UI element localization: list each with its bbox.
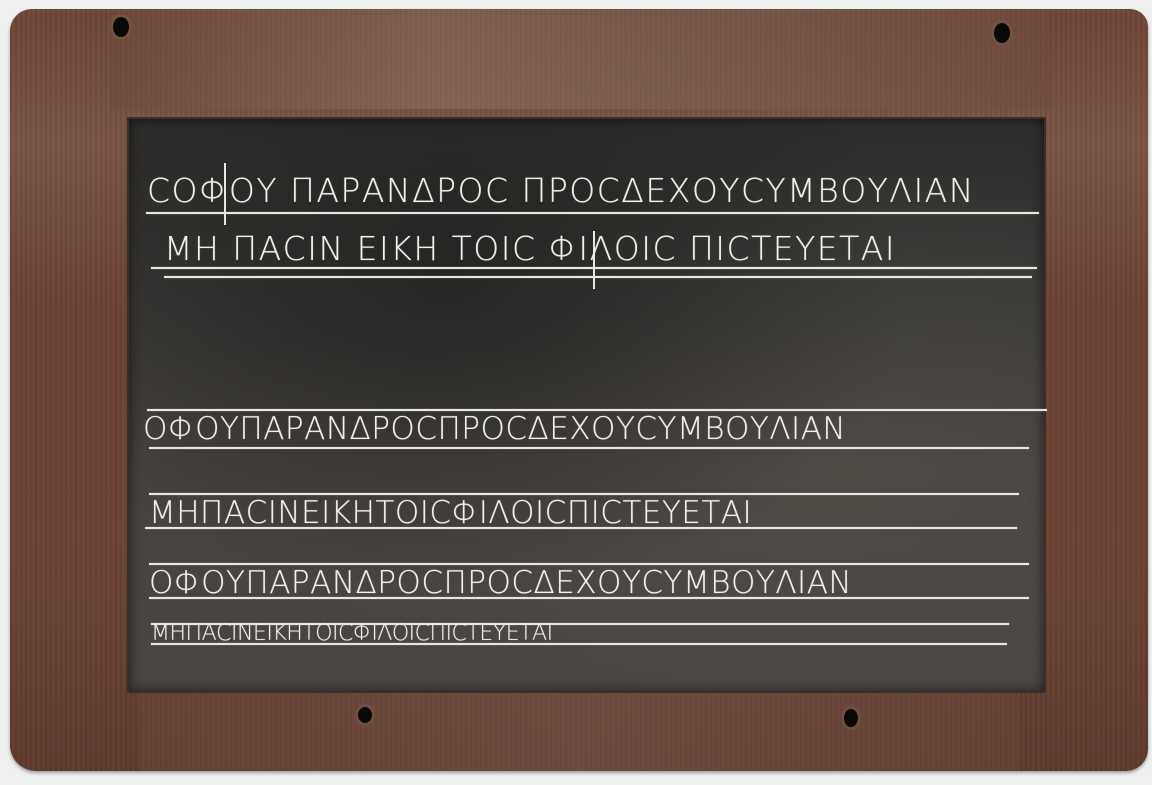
binding-hole-bottom-left [358, 707, 372, 723]
copy-2-line-1: ΟΦΟΥΠΑΡΑΝΔΡΟϹΠΡΟϹΔΕΧΟΥϹΥΜΒΟΥΛΙΑΝ [149, 565, 852, 601]
copy-1-line-1: ΟΦΟΥΠΑΡΑΝΔΡΟϹΠΡΟϹΔΕΧΟΥϹΥΜΒΟΥΛΙΑΝ [143, 411, 846, 447]
tablet-frame-top [110, 9, 1050, 109]
tablet-frame-bottom [140, 689, 1020, 771]
model-line-1: ϹΟΦΟΥ ΠΑΡΑΝΔΡΟϹ ΠΡΟϹΔΕΧΟΥϹΥΜΒΟΥΛΙΑΝ [147, 171, 975, 210]
ruled-line [151, 643, 1007, 645]
ruled-line [149, 597, 1029, 599]
ruled-line [151, 267, 1037, 269]
copy-1-line-2: ΜΗΠΑϹΙΝΕΙΚΗΤΟΙϹΦΙΛΟΙϹΠΙϹΤΕΥΕΤΑΙ [149, 495, 752, 531]
ruled-line [164, 276, 1032, 278]
binding-hole-bottom-right [844, 709, 858, 727]
ruled-line [145, 527, 1017, 529]
binding-hole-top-right [994, 23, 1010, 43]
ruled-line [149, 447, 1029, 449]
model-line-2: ΜΗ ΠΑϹΙΝ ΕΙΚΗ ΤΟΙϹ ΦΙΛΟΙϹ ΠΙϹΤΕΥΕΤΑΙ [164, 229, 896, 268]
ruled-line [146, 212, 1039, 214]
writing-surface: ϹΟΦΟΥ ΠΑΡΑΝΔΡΟϹ ΠΡΟϹΔΕΧΟΥϹΥΜΒΟΥΛΙΑΝ ΜΗ Π… [127, 117, 1046, 693]
writing-tablet: ϹΟΦΟΥ ΠΑΡΑΝΔΡΟϹ ΠΡΟϹΔΕΧΟΥϹΥΜΒΟΥΛΙΑΝ ΜΗ Π… [10, 9, 1148, 771]
binding-hole-top-left [113, 17, 129, 37]
